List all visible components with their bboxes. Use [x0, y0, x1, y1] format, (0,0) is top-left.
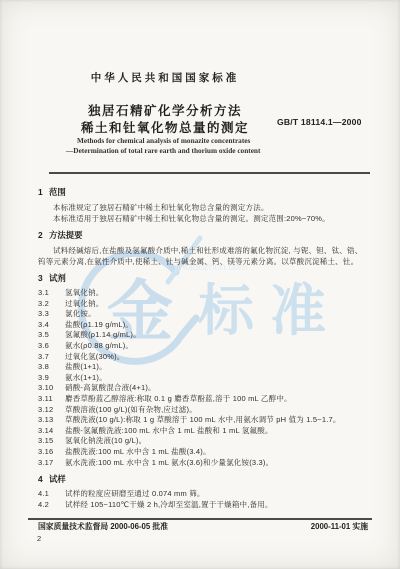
- reagent-item: 3.10硝酸-高氯酸混合液(4+1)。: [38, 383, 370, 394]
- sample-item-text: 试样的粒度应研磨至通过 0.074 mm 筛。: [65, 489, 205, 498]
- reagent-item-text: 盐酸(ρ1.19 g/mL)。: [65, 320, 133, 329]
- section-number: 3: [38, 273, 49, 284]
- footer-approval: 国家质量技术监督局 2000-06-05 批准: [38, 521, 168, 532]
- reagent-item-text: 过氧化钠。: [65, 299, 104, 308]
- section-title: 试样: [49, 474, 66, 484]
- section-title: 范围: [49, 187, 66, 197]
- section-number: 4: [38, 474, 49, 485]
- section-number: 1: [38, 187, 49, 198]
- reagent-item-text: 草酸洗液(10 g/L):称取 1 g 草酸溶于 100 mL 水中,用氨水调节…: [65, 415, 341, 424]
- reagent-item-number: 3.1: [38, 288, 65, 299]
- sample-list: 4.1试样的粒度应研磨至通过 0.074 mm 筛。 4.2试样经 105~11…: [38, 489, 370, 510]
- reagent-item-number: 3.3: [38, 309, 65, 320]
- reagent-item-text: 氢氧化钠。: [65, 288, 104, 297]
- footer-divider: [28, 518, 372, 520]
- section-method: 2方法提要 试料经碱熔后,在盐酸及氢氟酸介质中,稀土和钍形成难溶的氟化物沉淀, …: [38, 230, 370, 267]
- reagent-item: 3.2过氧化钠。: [38, 299, 370, 310]
- reagent-item-text: 盐酸洗液:100 mL 水中含 1 mL 盐酸(3.4)。: [65, 447, 211, 456]
- reagent-item: 3.7过氧化氢(30%)。: [38, 352, 370, 363]
- standard-number: GB/T 18114.1—2000: [277, 117, 362, 127]
- reagent-item-text: 硝酸-高氯酸混合液(4+1)。: [65, 383, 156, 392]
- reagent-item-text: 草酸溶液(100 g/L)(如有杂物,应过滤)。: [65, 405, 197, 414]
- reagent-item-number: 3.7: [38, 352, 65, 363]
- reagent-item-text: 麝香草酚蓝乙醇溶液:称取 0.1 g 麝香草酚蓝,溶于 100 mL 乙醇中。: [65, 394, 292, 403]
- reagent-item-text: 盐酸(1+1)。: [65, 362, 107, 371]
- section-scope: 1范围 本标准规定了独居石精矿中稀土和钍氧化物总含量的测定方法。本标准适用于独居…: [38, 187, 370, 224]
- reagent-item: 3.5氢氟酸(ρ1.14 g/mL)。: [38, 330, 370, 341]
- sample-item-number: 4.1: [38, 489, 65, 500]
- reagent-item: 3.9氨水(1+1)。: [38, 373, 370, 384]
- reagent-item-number: 3.5: [38, 330, 65, 341]
- method-paragraph: 试料经碱熔后,在盐酸及氢氟酸介质中,稀土和钍形成难溶的氟化物沉淀, 与铌、钽、钛…: [38, 245, 370, 267]
- document-body: 1范围 本标准规定了独居石精矿中稀土和钍氧化物总含量的测定方法。本标准适用于独居…: [38, 187, 370, 516]
- section-reagents: 3试剂 3.1氢氧化钠。 3.2过氧化钠。 3.3氯化铵。 3.4盐酸(ρ1.1…: [38, 273, 370, 468]
- reagent-item: 3.16盐酸洗液:100 mL 水中含 1 mL 盐酸(3.4)。: [38, 447, 370, 458]
- section-title: 方法提要: [49, 230, 83, 240]
- section-heading-method: 2方法提要: [38, 230, 370, 241]
- sample-item: 4.1试样的粒度应研磨至通过 0.074 mm 筛。: [38, 489, 370, 500]
- reagent-item-number: 3.14: [38, 426, 65, 437]
- english-title: Methods for chemical analysis of monazit…: [66, 136, 366, 155]
- page-number: 2: [37, 534, 41, 543]
- reagent-item-number: 3.9: [38, 373, 65, 384]
- reagent-item: 3.1氢氧化钠。: [38, 288, 370, 299]
- scope-paragraph: 本标准规定了独居石精矿中稀土和钍氧化物总含量的测定方法。: [38, 202, 370, 213]
- reagent-item-text: 氢氟酸(ρ1.14 g/mL)。: [65, 330, 141, 339]
- section-title: 试剂: [49, 273, 66, 283]
- reagent-item: 3.6氨水(ρ0.88 g/mL)。: [38, 341, 370, 352]
- reagent-item: 3.11麝香草酚蓝乙醇溶液:称取 0.1 g 麝香草酚蓝,溶于 100 mL 乙…: [38, 394, 370, 405]
- document-page: 金 标准 jinbiaozhun.com 中华人民共和国国家标准 独居石精矿化学…: [0, 0, 400, 569]
- reagent-item-text: 氯化铵。: [65, 309, 96, 318]
- reagent-item-number: 3.12: [38, 405, 65, 416]
- section-sample: 4试样 4.1试样的粒度应研磨至通过 0.074 mm 筛。 4.2试样经 10…: [38, 474, 370, 510]
- reagent-item-text: 氨水(ρ0.88 g/mL)。: [65, 341, 133, 350]
- reagent-item-text: 氢氧化钠洗液(10 g/L)。: [65, 436, 146, 445]
- reagent-item: 3.15氢氧化钠洗液(10 g/L)。: [38, 436, 370, 447]
- reagent-item: 3.4盐酸(ρ1.19 g/mL)。: [38, 320, 370, 331]
- reagent-item-number: 3.10: [38, 383, 65, 394]
- section-heading-reagents: 3试剂: [38, 273, 370, 284]
- reagent-item-number: 3.4: [38, 320, 65, 331]
- section-number: 2: [38, 230, 49, 241]
- reagent-item: 3.13草酸洗液(10 g/L):称取 1 g 草酸溶于 100 mL 水中,用…: [38, 415, 370, 426]
- reagent-item-number: 3.2: [38, 299, 65, 310]
- sample-item-text: 试样经 105~110℃干燥 2 h,冷却至室温,置于干燥箱中,备用。: [65, 500, 273, 509]
- scope-paragraph: 本标准适用于独居石精矿中稀土和钍氧化物总含量的测定。测定范围:20%~70%。: [38, 213, 370, 224]
- reagent-item-number: 3.11: [38, 394, 65, 405]
- footer-implementation: 2000-11-01 实施: [311, 521, 368, 532]
- reagent-item-number: 3.17: [38, 458, 65, 469]
- english-title-line1: Methods for chemical analysis of monazit…: [66, 136, 366, 146]
- reagent-item: 3.17氨水洗液:100 mL 水中含 1 mL 氨水(3.6)和少量氯化铵(3…: [38, 458, 370, 469]
- national-standard-label: 中华人民共和国国家标准: [0, 70, 330, 85]
- reagent-item: 3.14盐酸-氢氟酸洗液:100 mL 水中含 1 mL 盐酸和 1 mL 氢氟…: [38, 426, 370, 437]
- sample-item: 4.2试样经 105~110℃干燥 2 h,冷却至室温,置于干燥箱中,备用。: [38, 500, 370, 511]
- english-title-line2: —Determination of total rare earth and t…: [66, 146, 366, 156]
- reagent-item-number: 3.8: [38, 362, 65, 373]
- reagent-item-text: 氨水(1+1)。: [65, 373, 107, 382]
- reagent-item-number: 3.13: [38, 415, 65, 426]
- reagent-item-number: 3.16: [38, 447, 65, 458]
- reagent-item-text: 氨水洗液:100 mL 水中含 1 mL 氨水(3.6)和少量氯化铵(3.3)。: [65, 458, 273, 467]
- reagent-item: 3.3氯化铵。: [38, 309, 370, 320]
- header-divider: [49, 172, 370, 174]
- reagent-item-text: 过氧化氢(30%)。: [65, 352, 125, 361]
- reagent-item-number: 3.15: [38, 436, 65, 447]
- reagent-item: 3.8盐酸(1+1)。: [38, 362, 370, 373]
- reagent-item-text: 盐酸-氢氟酸洗液:100 mL 水中含 1 mL 盐酸和 1 mL 氢氟酸。: [65, 426, 273, 435]
- section-heading-scope: 1范围: [38, 187, 370, 198]
- reagent-item-number: 3.6: [38, 341, 65, 352]
- scope-paragraphs: 本标准规定了独居石精矿中稀土和钍氧化物总含量的测定方法。本标准适用于独居石精矿中…: [38, 202, 370, 224]
- sample-item-number: 4.2: [38, 500, 65, 511]
- reagent-item: 3.12草酸溶液(100 g/L)(如有杂物,应过滤)。: [38, 405, 370, 416]
- reagent-list: 3.1氢氧化钠。 3.2过氧化钠。 3.3氯化铵。 3.4盐酸(ρ1.19 g/…: [38, 288, 370, 468]
- section-heading-sample: 4试样: [38, 474, 370, 485]
